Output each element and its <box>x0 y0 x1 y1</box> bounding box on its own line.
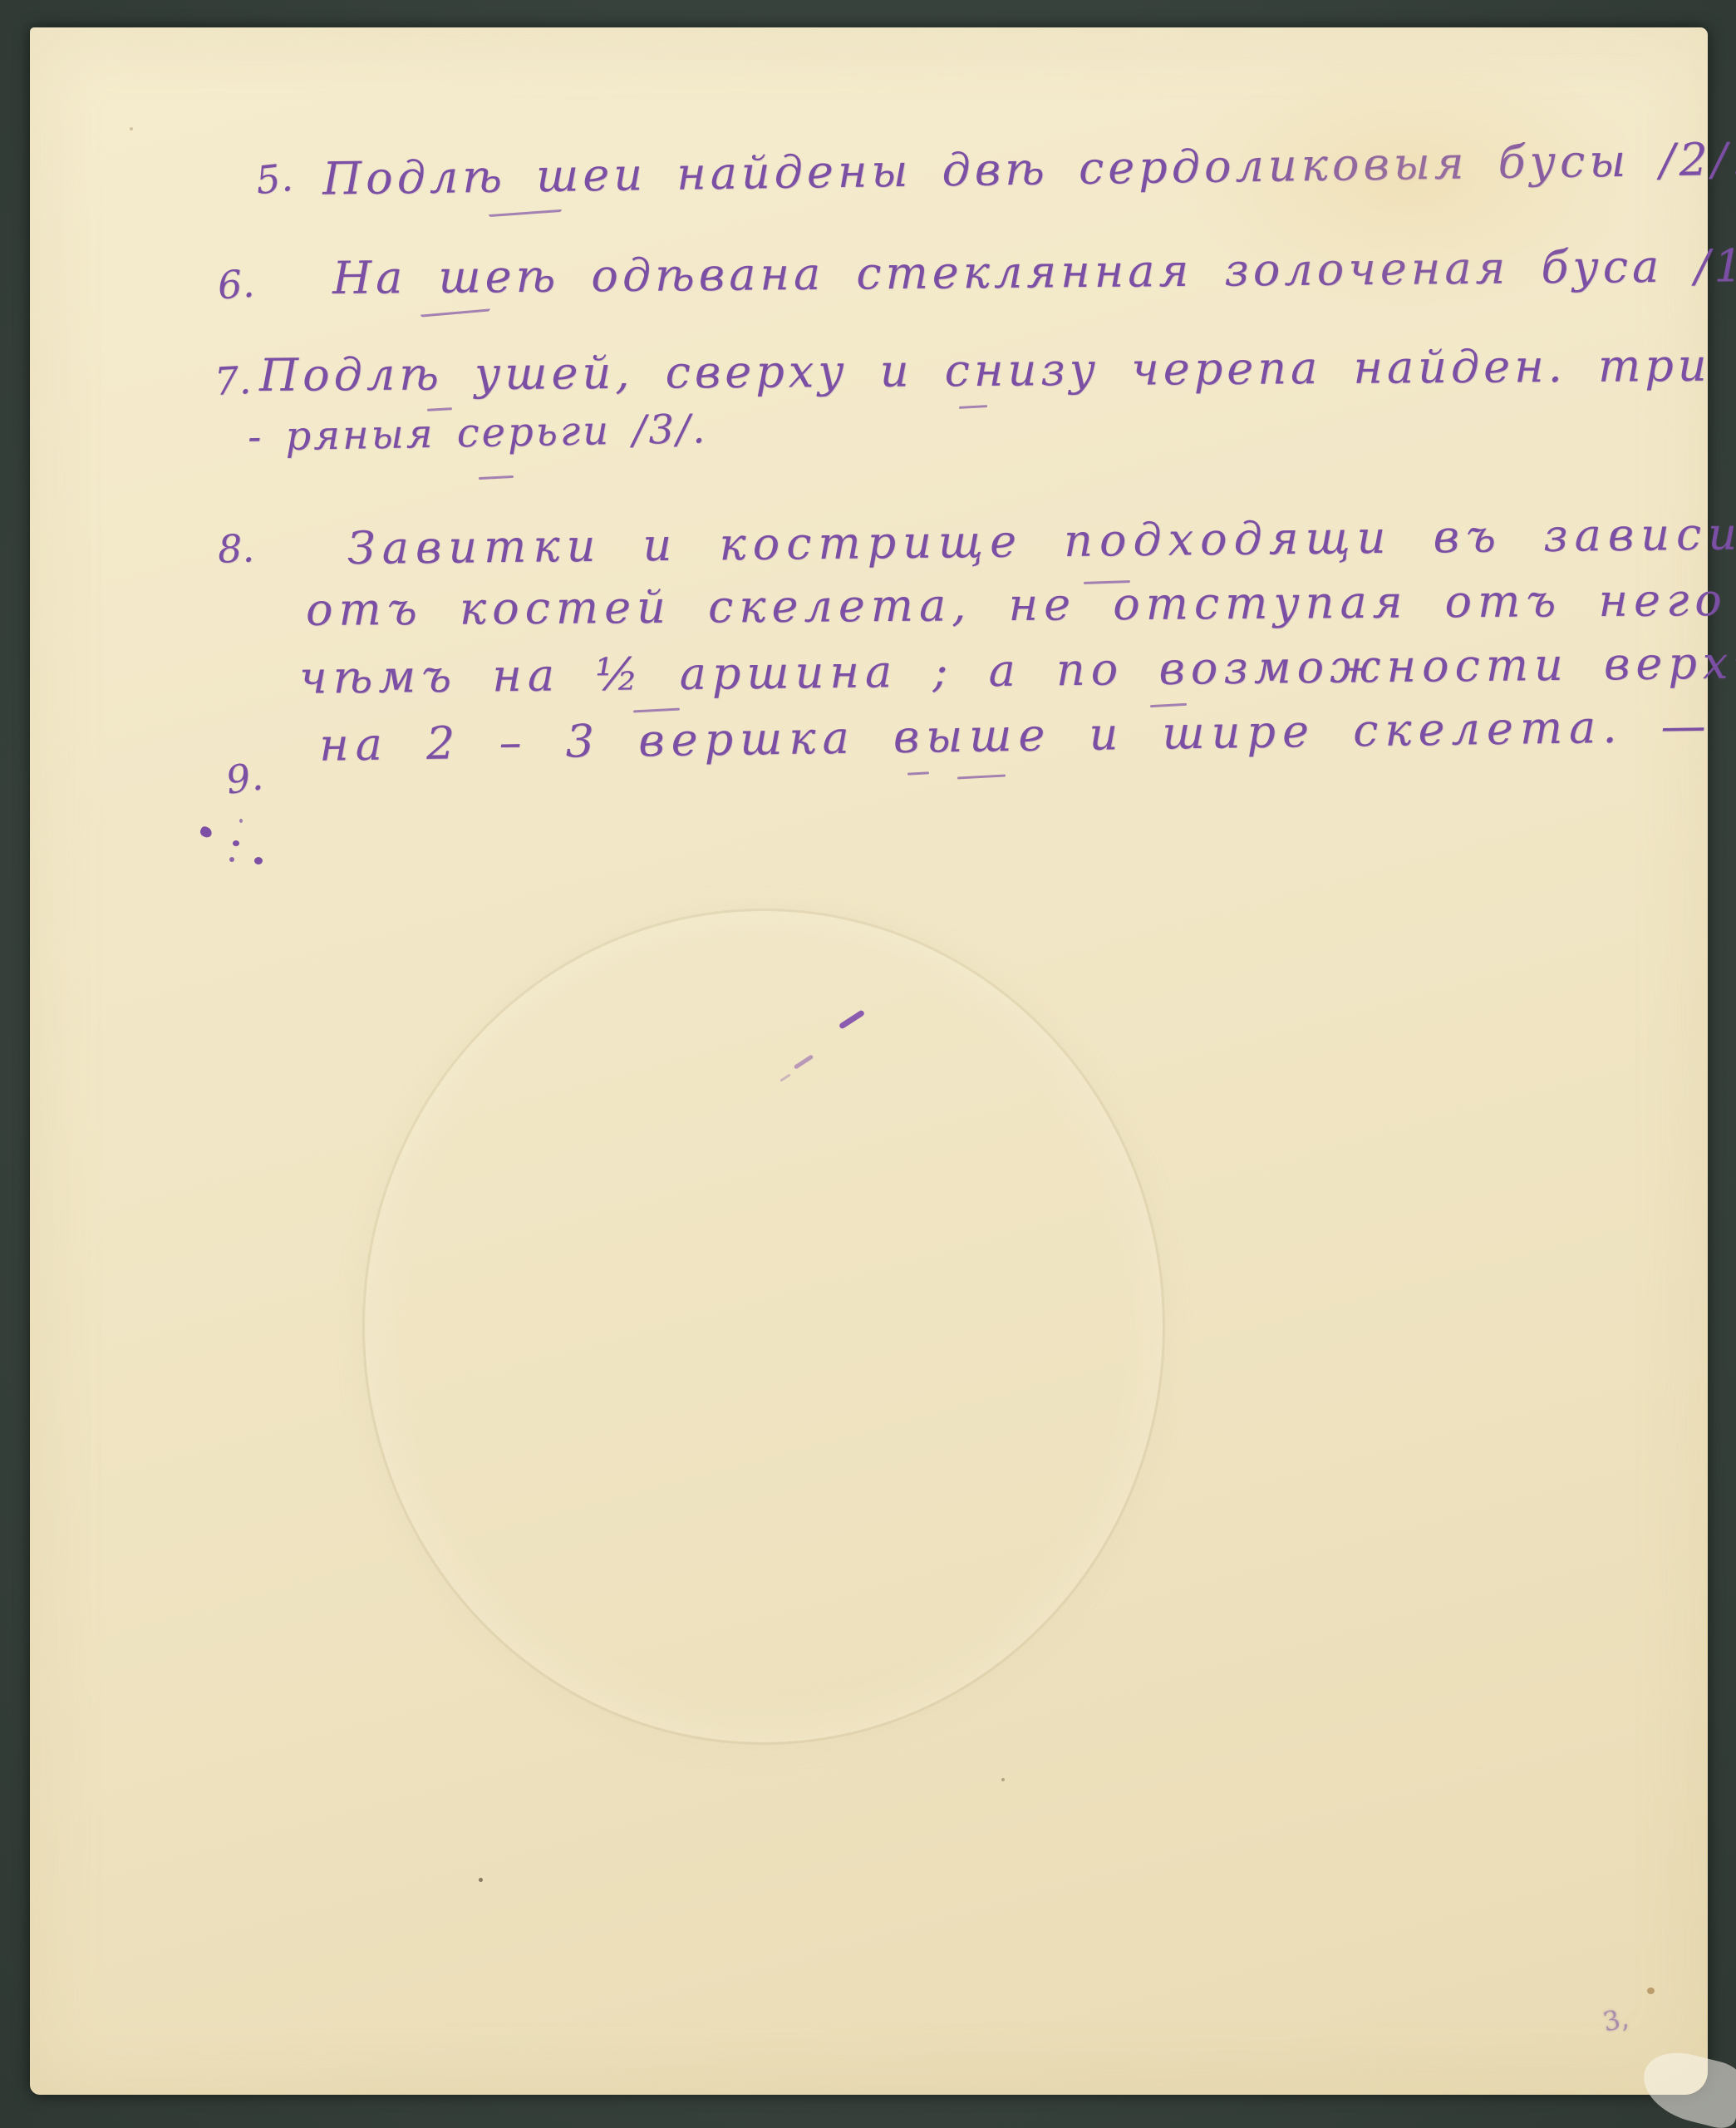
item-5-line-1: Подлѣ шеи найдены двѣ сердоликовыя бусы … <box>322 131 1736 204</box>
underline-mark <box>479 475 514 480</box>
paper-sheet: 5. Подлѣ шеи найдены двѣ сердоликовыя бу… <box>30 27 1708 2095</box>
item-7-line-2: - ряныя серьги /3/. <box>248 406 708 461</box>
underline-mark <box>633 708 680 713</box>
paper-speck <box>479 1878 483 1882</box>
ink-blot <box>254 857 263 864</box>
item-8-number: 8. <box>217 525 255 571</box>
plate-mark-circle <box>362 909 1165 1745</box>
paper-speck <box>1001 1778 1005 1781</box>
worn-corner <box>1635 2045 1736 2128</box>
scan-backdrop: 5. Подлѣ шеи найдены двѣ сердоликовыя бу… <box>0 0 1736 2128</box>
underline-mark <box>957 774 1006 779</box>
item-6-line-1: На шеѣ одѣвана стеклянная золоченая буса… <box>332 239 1736 304</box>
item-8-line-2: отъ костей скелета, не отступая отъ него… <box>306 572 1736 636</box>
item-7-number: 7. <box>214 357 253 404</box>
underline-mark <box>489 209 562 217</box>
underline-mark <box>420 308 490 317</box>
underline-mark <box>959 405 987 409</box>
paper-speck <box>1647 1988 1655 1994</box>
item-5-number: 5. <box>253 155 294 203</box>
item-8-line-4: на 2 – 3 вершка выше и шире скелета. — <box>319 699 1713 771</box>
ink-blot <box>233 840 239 846</box>
ink-blot <box>239 819 243 823</box>
corner-smudge: 3, <box>1600 2002 1631 2038</box>
item-6-number: 6. <box>216 261 256 308</box>
item-9-number: 9. <box>223 753 265 803</box>
underline-mark <box>907 771 929 775</box>
ink-blot <box>199 825 214 840</box>
ink-blot <box>229 857 234 862</box>
paper-speck <box>130 127 133 131</box>
item-7-line-1: Подлѣ ушей, сверху и снизу черепа найден… <box>259 337 1736 401</box>
item-8-line-1: Завитки и кострище подходящи въ зависимо… <box>347 505 1736 574</box>
item-8-line-3: чѣмъ на ½ аршина ; а по возможности верх… <box>299 633 1736 704</box>
